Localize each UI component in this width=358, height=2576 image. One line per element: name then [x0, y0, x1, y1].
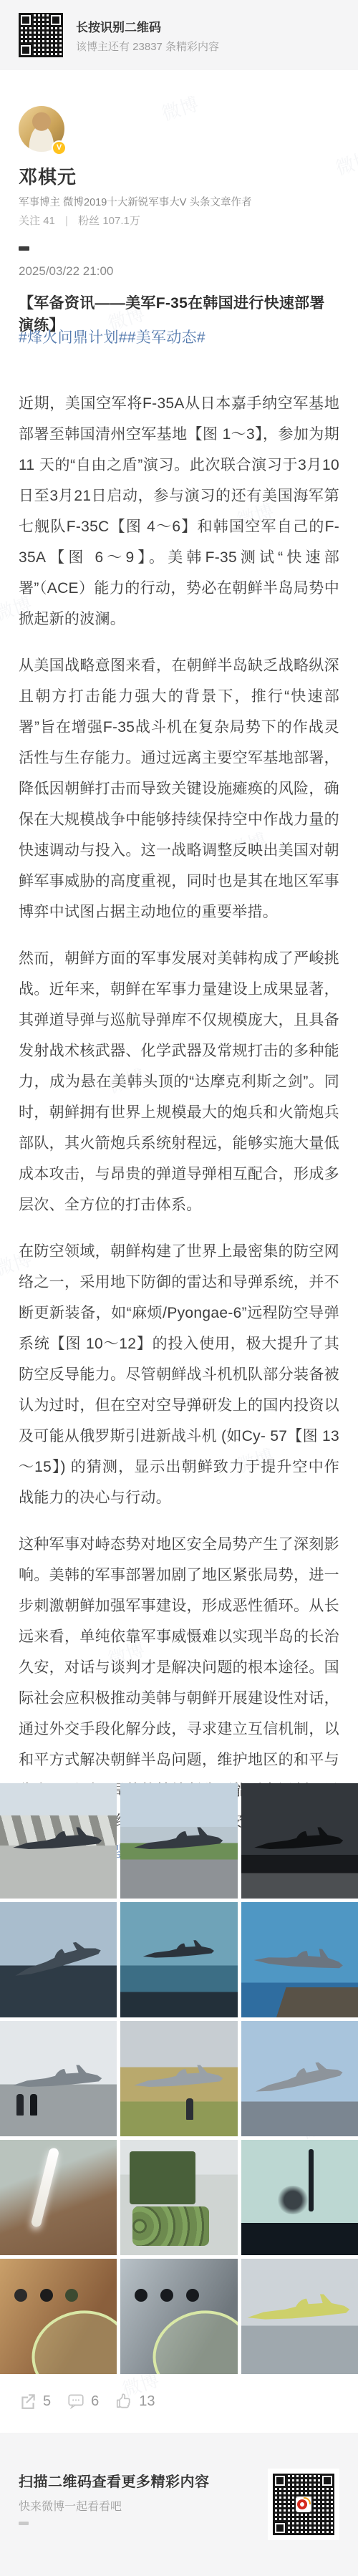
- post-image-1[interactable]: [0, 1783, 117, 1899]
- post-image-4[interactable]: [0, 1902, 117, 2017]
- followers-count: 107.1万: [102, 215, 140, 227]
- paragraph: 近期，美国空军将F-35A从日本嘉手纳空军基地部署至韩国清州空军基地【图 1～3…: [19, 388, 339, 635]
- post-image-3[interactable]: [241, 1783, 358, 1899]
- stats-divider: |: [65, 215, 68, 227]
- footer-qr-section: 扫描二维码查看更多精彩内容 快来微博一起看看吧: [0, 2433, 358, 2576]
- post-image-13[interactable]: [0, 2259, 117, 2374]
- post-image-6[interactable]: [241, 1902, 358, 2017]
- repost-count: 5: [43, 2393, 51, 2410]
- repost-button[interactable]: 5: [19, 2392, 51, 2411]
- banner-title: 长按识别二维码: [76, 17, 161, 35]
- post-image-8[interactable]: [120, 2021, 237, 2136]
- verified-badge-icon: V: [52, 140, 67, 155]
- hashtag-link[interactable]: #烽火问鼎计划##美军动态#: [19, 329, 205, 346]
- weibo-watermark: 微博: [158, 90, 202, 126]
- post-timestamp: 2025/03/22 21:00: [19, 264, 113, 279]
- comment-count: 6: [91, 2393, 99, 2410]
- post-image-9[interactable]: [241, 2021, 358, 2136]
- post-image-7[interactable]: [0, 2021, 117, 2136]
- weibo-share-card: 微博 微博 微博 微博 微博 微博 微博 微博 微博 微博 微博 微博 微博 长…: [0, 0, 358, 2576]
- share-icon: [19, 2392, 37, 2411]
- footer-divider-dash: [19, 2522, 29, 2525]
- top-qr-banner: 长按识别二维码 该博主还有 23837 条精彩内容: [0, 0, 358, 70]
- post-divider-dash: [19, 246, 29, 251]
- footer-title: 扫描二维码查看更多精彩内容: [19, 2470, 210, 2491]
- post-image-15[interactable]: [241, 2259, 358, 2374]
- followers-label: 粉丝: [78, 215, 100, 227]
- user-stats: 关注 41 | 粉丝 107.1万: [19, 213, 140, 228]
- post-image-5[interactable]: [120, 1902, 237, 2017]
- engagement-bar: 5 6 13: [19, 2392, 155, 2411]
- comment-icon: [67, 2392, 85, 2411]
- post-image-2[interactable]: [120, 1783, 237, 1899]
- user-bio: 军事博主 微博2019十大新锐军事大V 头条文章作者: [19, 194, 251, 209]
- paragraph: 在防空领域，朝鲜构建了世界上最密集的防空网络之一，采用地下防御的雷达和导弹系统，…: [19, 1236, 339, 1513]
- footer-qr-code: [268, 2469, 339, 2540]
- comment-button[interactable]: 6: [67, 2392, 99, 2411]
- user-name[interactable]: 邓棋元: [19, 163, 77, 189]
- footer-subtitle: 快来微博一起看看吧: [19, 2497, 122, 2514]
- like-count: 13: [139, 2393, 155, 2410]
- weibo-logo-icon: [296, 2497, 311, 2512]
- following-count: 41: [43, 215, 55, 227]
- post-image-grid: [0, 1783, 358, 2374]
- post-hashtags: #烽火问鼎计划##美军动态#: [19, 326, 339, 347]
- qr-code-icon: [19, 13, 63, 57]
- post-image-14[interactable]: [120, 2259, 237, 2374]
- following-label: 关注: [19, 215, 40, 227]
- post-image-11[interactable]: [120, 2140, 237, 2255]
- post-body: 近期，美国空军将F-35A从日本嘉手纳空军基地部署至韩国清州空军基地【图 1～3…: [19, 388, 339, 1883]
- post-image-10[interactable]: [0, 2140, 117, 2255]
- like-button[interactable]: 13: [115, 2392, 155, 2411]
- thumbs-up-icon: [115, 2392, 133, 2411]
- weibo-watermark: 微博: [332, 144, 358, 180]
- paragraph: 然而，朝鲜方面的军事发展对美韩构成了严峻挑战。近年来，朝鲜在军事力量建设上成果显…: [19, 943, 339, 1220]
- paragraph: 从美国战略意图来看，在朝鲜半岛缺乏战略纵深且朝方打击能力强大的背景下，推行“快速…: [19, 650, 339, 927]
- post-image-12[interactable]: [241, 2140, 358, 2255]
- banner-subtitle: 该博主还有 23837 条精彩内容: [76, 39, 219, 54]
